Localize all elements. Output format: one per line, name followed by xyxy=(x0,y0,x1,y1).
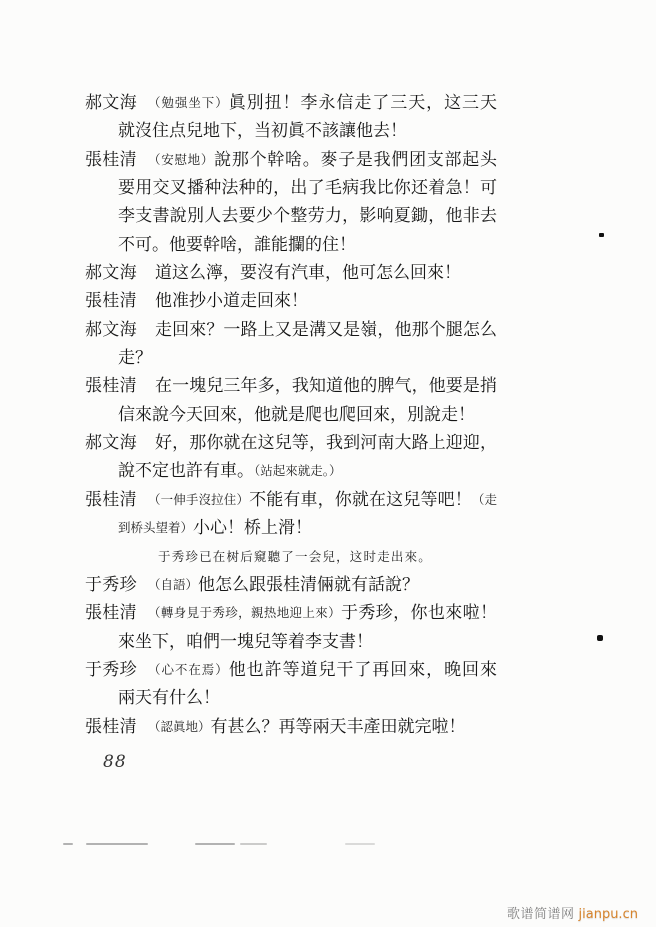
script-line: 到桥头望着）小心！桥上滑！ xyxy=(0,514,656,542)
dialogue: （自語）他怎么跟張桂清倆就有話說？ xyxy=(148,571,419,600)
scan-speck xyxy=(599,233,604,237)
speech-text: 他怎么跟張桂清倆就有話說？ xyxy=(198,575,419,595)
stage-direction-inline: （自語） xyxy=(148,577,198,592)
script-line: 兩天有什么！ xyxy=(0,684,656,712)
script-line: 張桂清 （認眞地）有甚么？再等兩天丰產田就完啦！ xyxy=(0,713,656,741)
scan-smudge xyxy=(345,843,375,845)
speech-text: 于秀珍，你也來啦！ xyxy=(341,603,497,623)
speaker-name: 郝文海 xyxy=(85,259,137,287)
speech-text: 他准抄小道走回來！ xyxy=(155,291,308,311)
scan-smudge xyxy=(86,843,148,845)
speech-text: 來坐下，咱們一塊兒等着李支書！ xyxy=(118,632,373,652)
speech-text: 就沒住点兒地下，当初眞不該讓他去！ xyxy=(118,121,407,141)
speaker-name: 于秀珍 xyxy=(85,656,137,684)
script-line: 郝文海 走回來？一路上又是溝又是嶺，他那个腿怎么 xyxy=(0,316,656,344)
script-line: 于秀珍 （自語）他怎么跟張桂清倆就有話說？ xyxy=(0,571,656,599)
watermark-domain: jianpu.cn xyxy=(579,907,638,922)
stage-direction-inline: （轉身見于秀珍，親热地迎上來） xyxy=(148,605,341,620)
speech-text: 說不定也許有車。 xyxy=(118,461,254,481)
speech-text: 道这么濘，要沒有汽車，他可怎么回來！ xyxy=(155,263,461,283)
speaker-name: 于秀珍 xyxy=(85,571,137,599)
script-line: 郝文海 道这么濘，要沒有汽車，他可怎么回來！ xyxy=(0,259,656,287)
script-line: 不可。他要幹啥，誰能攔的住！ xyxy=(0,231,656,259)
stage-direction-inline: 到桥头望着） xyxy=(118,520,193,535)
speech-text: 說那个幹啥。麥子是我們团支部起头 xyxy=(214,150,497,170)
script-line: 張桂清 在一塊兒三年多，我知道他的脾气，他要是捎 xyxy=(0,372,656,400)
speech-text: 他也許等道兒干了再回來，晚回來 xyxy=(229,660,497,680)
play-script: 郝文海 （勉强坐下）眞別扭！李永信走了三天，这三天 就沒住点兒地下，当初眞不該讓… xyxy=(0,89,656,741)
dialogue-continuation: 說不定也許有車。（站起來就走。） xyxy=(118,457,342,486)
speech-text: 信來說今天回來，他就是爬也爬回來，別說走！ xyxy=(118,405,475,425)
dialogue-continuation: 來坐下，咱們一塊兒等着李支書！ xyxy=(118,628,373,656)
speech-text: 在一塊兒三年多，我知道他的脾气，他要是捎 xyxy=(155,376,497,396)
dialogue: （勉强坐下）眞別扭！李永信走了三天，这三天 xyxy=(148,89,497,118)
script-line: 張桂清 （安慰地）說那个幹啥。麥子是我們团支部起头 xyxy=(0,146,656,174)
scanned-book-page: 郝文海 （勉强坐下）眞別扭！李永信走了三天，这三天 就沒住点兒地下，当初眞不該讓… xyxy=(0,0,656,927)
script-line: 來坐下，咱們一塊兒等着李支書！ xyxy=(0,628,656,656)
script-line: 郝文海 （勉强坐下）眞別扭！李永信走了三天，这三天 xyxy=(0,89,656,117)
stage-direction-inline: （心不在焉） xyxy=(148,662,229,677)
dialogue: （轉身見于秀珍，親热地迎上來）于秀珍，你也來啦！ xyxy=(148,599,497,628)
dialogue: 在一塊兒三年多，我知道他的脾气，他要是捎 xyxy=(155,372,497,400)
speaker-name: 郝文海 xyxy=(85,429,137,457)
watermark: 歌谱简谱网jianpu.cn xyxy=(507,903,638,922)
speech-text: 走回來？一路上又是溝又是嶺，他那个腿怎么 xyxy=(155,320,497,340)
watermark-site-name: 歌谱简谱网 xyxy=(507,907,575,922)
speech-text: 李支書說別人去要少个整劳力，影响夏鋤，他非去 xyxy=(118,206,497,226)
dialogue: （一伸手沒拉住）不能有車，你就在这兒等吧！（走 xyxy=(148,486,497,515)
dialogue-continuation: 到桥头望着）小心！桥上滑！ xyxy=(118,514,312,543)
script-line: 郝文海 好，那你就在这兒等，我到河南大路上迎迎， xyxy=(0,429,656,457)
speaker-name: 郝文海 xyxy=(85,316,137,344)
dialogue-continuation: 走？ xyxy=(118,344,152,372)
page-number: 88 xyxy=(103,752,127,772)
stage-direction-inline: （勉强坐下） xyxy=(148,95,229,110)
dialogue-continuation: 兩天有什么！ xyxy=(118,684,220,712)
script-line: 于秀珍 （心不在焉）他也許等道兒干了再回來，晚回來 xyxy=(0,656,656,684)
scan-smudge xyxy=(240,843,267,845)
speech-text: 兩天有什么！ xyxy=(118,688,220,708)
speech-text: 小心！桥上滑！ xyxy=(193,518,312,538)
stage-direction-inline: （走 xyxy=(472,492,497,507)
script-line: 信來說今天回來，他就是爬也爬回來，別說走！ xyxy=(0,401,656,429)
dialogue-continuation: 要用交叉播种法种的，出了毛病我比你还着急！可 xyxy=(118,174,497,202)
stage-direction-inline: （站起來就走。） xyxy=(254,463,342,478)
dialogue: 他准抄小道走回來！ xyxy=(155,287,308,315)
speaker-name: 郝文海 xyxy=(85,89,137,117)
speech-text: 要用交叉播种法种的，出了毛病我比你还着急！可 xyxy=(118,178,497,198)
speaker-name: 張桂清 xyxy=(85,287,137,315)
speaker-name: 張桂清 xyxy=(85,599,137,627)
dialogue: 好，那你就在这兒等，我到河南大路上迎迎， xyxy=(155,429,497,457)
dialogue-continuation: 就沒住点兒地下，当初眞不該讓他去！ xyxy=(118,117,407,145)
stage-direction-inline: （認眞地） xyxy=(148,719,211,734)
speech-text: 有甚么？再等兩天丰產田就完啦！ xyxy=(211,717,466,737)
dialogue: （認眞地）有甚么？再等兩天丰產田就完啦！ xyxy=(148,713,466,742)
dialogue-continuation: 不可。他要幹啥，誰能攔的住！ xyxy=(118,231,356,259)
dialogue: （安慰地）說那个幹啥。麥子是我們团支部起头 xyxy=(148,146,497,175)
scan-speck xyxy=(597,635,603,641)
dialogue-continuation: 信來說今天回來，他就是爬也爬回來，別說走！ xyxy=(118,401,475,429)
script-line: 要用交叉播种法种的，出了毛病我比你还着急！可 xyxy=(0,174,656,202)
script-line: 說不定也許有車。（站起來就走。） xyxy=(0,457,656,485)
script-line: 就沒住点兒地下，当初眞不該讓他去！ xyxy=(0,117,656,145)
dialogue: 道这么濘，要沒有汽車，他可怎么回來！ xyxy=(155,259,461,287)
script-line: 于秀珍已在树后窺聽了一会兒，这时走出來。 xyxy=(0,543,656,571)
scan-smudge xyxy=(195,843,235,845)
dialogue-continuation: 李支書說別人去要少个整劳力，影响夏鋤，他非去 xyxy=(118,202,497,230)
speech-text: 走？ xyxy=(118,348,152,368)
stage-direction-inline: （安慰地） xyxy=(148,152,214,167)
dialogue: 走回來？一路上又是溝又是嶺，他那个腿怎么 xyxy=(155,316,497,344)
speech-text: 不能有車，你就在这兒等吧！ xyxy=(249,490,472,510)
dialogue: （心不在焉）他也許等道兒干了再回來，晚回來 xyxy=(148,656,497,685)
script-line: 走？ xyxy=(0,344,656,372)
scan-smudge xyxy=(63,843,73,845)
speaker-name: 張桂清 xyxy=(85,713,137,741)
stage-direction: 于秀珍已在树后窺聽了一会兒，这时走出來。 xyxy=(158,543,432,571)
speaker-name: 張桂清 xyxy=(85,372,137,400)
speech-text: 好，那你就在这兒等，我到河南大路上迎迎， xyxy=(155,433,497,453)
script-line: 張桂清 他准抄小道走回來！ xyxy=(0,287,656,315)
speaker-name: 張桂清 xyxy=(85,146,137,174)
stage-direction-inline: （一伸手沒拉住） xyxy=(148,492,249,507)
speaker-name: 張桂清 xyxy=(85,486,137,514)
script-line: 張桂清 （轉身見于秀珍，親热地迎上來）于秀珍，你也來啦！ xyxy=(0,599,656,627)
script-line: 李支書說別人去要少个整劳力，影响夏鋤，他非去 xyxy=(0,202,656,230)
speech-text: 眞別扭！李永信走了三天，这三天 xyxy=(229,93,497,113)
script-line: 張桂清 （一伸手沒拉住）不能有車，你就在这兒等吧！（走 xyxy=(0,486,656,514)
speech-text: 不可。他要幹啥，誰能攔的住！ xyxy=(118,235,356,255)
